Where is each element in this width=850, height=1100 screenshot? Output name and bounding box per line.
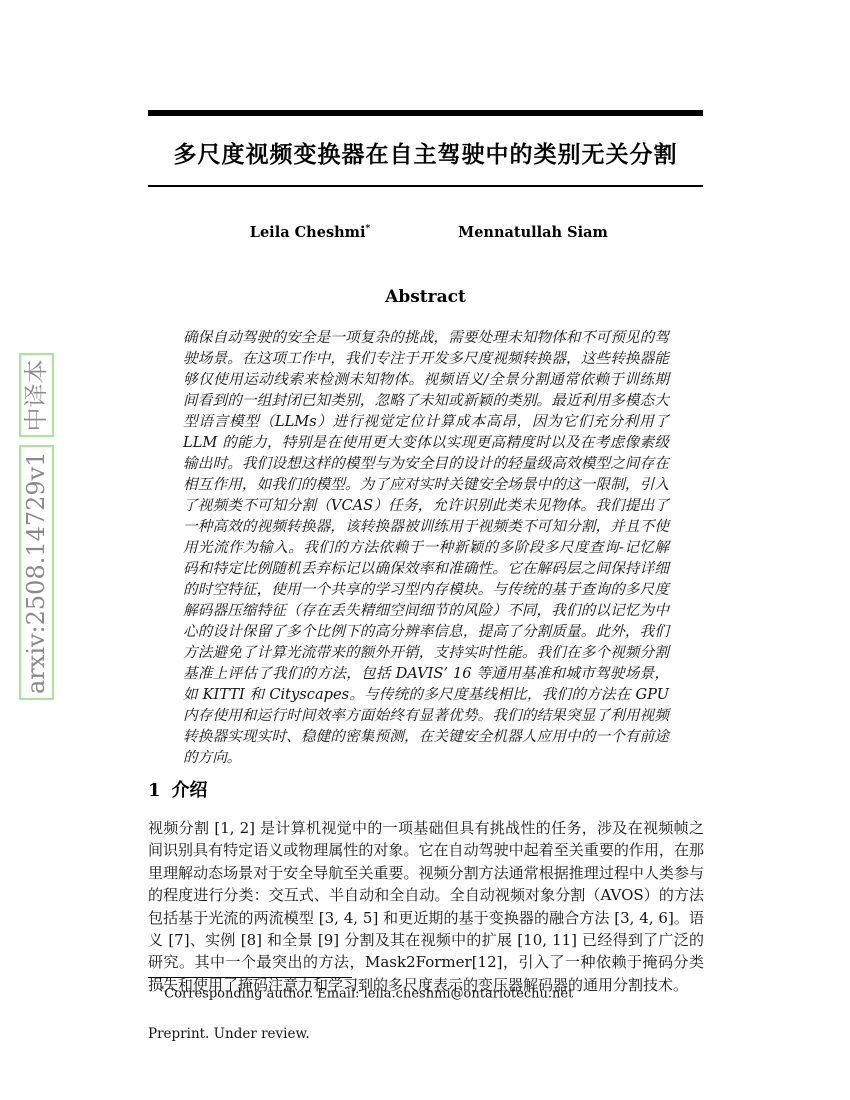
preprint-status-note: Preprint. Under review.	[148, 1026, 310, 1042]
page-title: 多尺度视频变换器在自主驾驶中的类别无关分割	[148, 136, 703, 169]
author-leila-cheshmi: Leila Cheshmi*	[250, 224, 370, 241]
corresponding-author-footnote: *Corresponding author. Email: leila.ches…	[148, 982, 704, 1002]
translation-badge: 中译本	[19, 353, 54, 437]
section-title: 介绍	[172, 780, 208, 801]
author-footnote-mark: *	[366, 224, 371, 234]
section-number: 1	[148, 780, 161, 801]
section-1-body: 视频分割 [1, 2] 是计算机视觉中的一项基础但具有挑战性的任务，涉及在视频帧…	[148, 817, 704, 996]
footnote-text: Corresponding author. Email: leila.chesh…	[164, 986, 573, 1001]
arxiv-id-label: arxiv:2508.14729v1	[19, 445, 54, 700]
title-rule	[148, 185, 703, 187]
author-name: Mennatullah Siam	[458, 224, 608, 241]
top-rule	[148, 110, 703, 116]
arxiv-watermark: arxiv:2508.14729v1 中译本	[19, 353, 54, 700]
section-1-heading: 1介绍	[148, 776, 208, 802]
paper-page: arxiv:2508.14729v1 中译本 多尺度视频变换器在自主驾驶中的类别…	[0, 0, 850, 1100]
author-name: Leila Cheshmi	[250, 224, 366, 241]
abstract-text: 确保自动驾驶的安全是一项复杂的挑战，需要处理未知物体和不可预见的驾驶场景。在这项…	[183, 327, 669, 768]
abstract-heading: Abstract	[148, 287, 703, 307]
footnote-rule	[148, 977, 352, 978]
author-mennatullah-siam: Mennatullah Siam	[458, 224, 608, 241]
